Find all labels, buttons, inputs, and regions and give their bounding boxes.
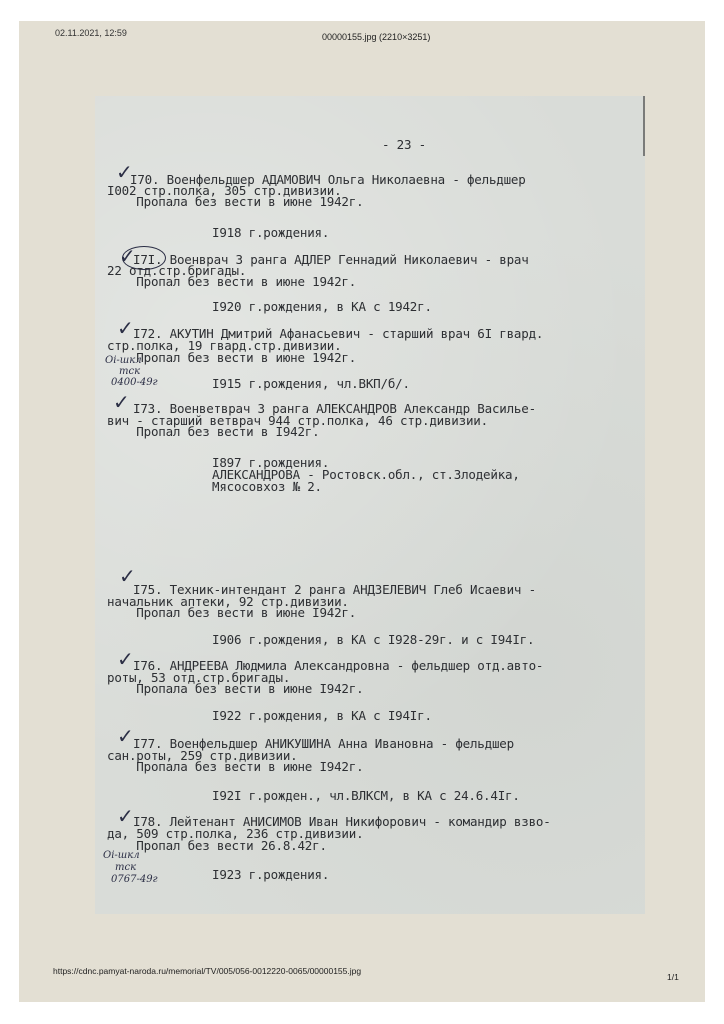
checkmark-icon: ✓ (117, 649, 134, 669)
entry-173-line-3: Пропал без вести в I942г. (107, 426, 319, 438)
source-url: https://cdnc.pamyat-naroda.ru/memorial/T… (53, 966, 361, 976)
entry-171-birth: I920 г.рождения, в КА с 1942г. (212, 301, 432, 313)
checkmark-icon: ✓ (117, 726, 134, 746)
handwritten-note-1-line-3: 0400-49г (111, 377, 158, 388)
entry-171-line-3: Пропал без вести в июне 1942г. (107, 276, 356, 288)
handwritten-note-1-line-2: тск (119, 366, 140, 377)
entry-176-line-3: Пропала без вести в июне I942г. (107, 683, 363, 695)
handwritten-note-2-line-1: Oi-шкл (103, 850, 140, 861)
entry-175-birth: I906 г.рождения, в КА с I928-29г. и с I9… (212, 634, 534, 646)
print-date-time: 02.11.2021, 12:59 (55, 28, 127, 38)
scanned-document: - 23 - ✓ I70. Военфельдшер АДАМОВИЧ Ольг… (95, 96, 645, 914)
entry-178-birth: I923 г.рождения. (212, 869, 329, 881)
entry-172-line-3: Пропал без вести в июне 1942г. (107, 352, 356, 364)
page-count: 1/1 (667, 972, 679, 982)
entry-177-birth: I92I г.рожден., чл.ВЛКСМ, в КА с 24.6.4I… (212, 790, 520, 802)
entry-175-line-3: Пропал без вести в июне I942г. (107, 607, 356, 619)
entry-170-line-3: Пропала без вести в июне 1942г. (107, 196, 363, 208)
handwritten-note-2-line-2: тск (115, 862, 136, 873)
entry-178-line-3: Пропал без вести 26.8.42г. (107, 840, 327, 852)
entry-173-relative-2: Мясосовхоз № 2. (212, 481, 322, 493)
entry-177-line-3: Пропала без вести в июне I942г. (107, 761, 363, 773)
page-number: - 23 - (382, 139, 426, 151)
entry-176-birth: I922 г.рождения, в КА с I94Iг. (212, 710, 432, 722)
checkmark-icon: ✓ (117, 318, 134, 338)
handwritten-note-1-line-1: Oi-шкл (105, 355, 142, 366)
entry-172-birth: I915 г.рождения, чл.ВКП/б/. (212, 378, 410, 390)
checkmark-icon: ✓ (113, 392, 130, 412)
checkmark-icon: ✓ (117, 806, 134, 826)
print-file-title: 00000155.jpg (2210×3251) (322, 32, 430, 42)
handwritten-note-2-line-3: 0767-49г (111, 874, 158, 885)
entry-170-birth: I918 г.рождения. (212, 227, 329, 239)
